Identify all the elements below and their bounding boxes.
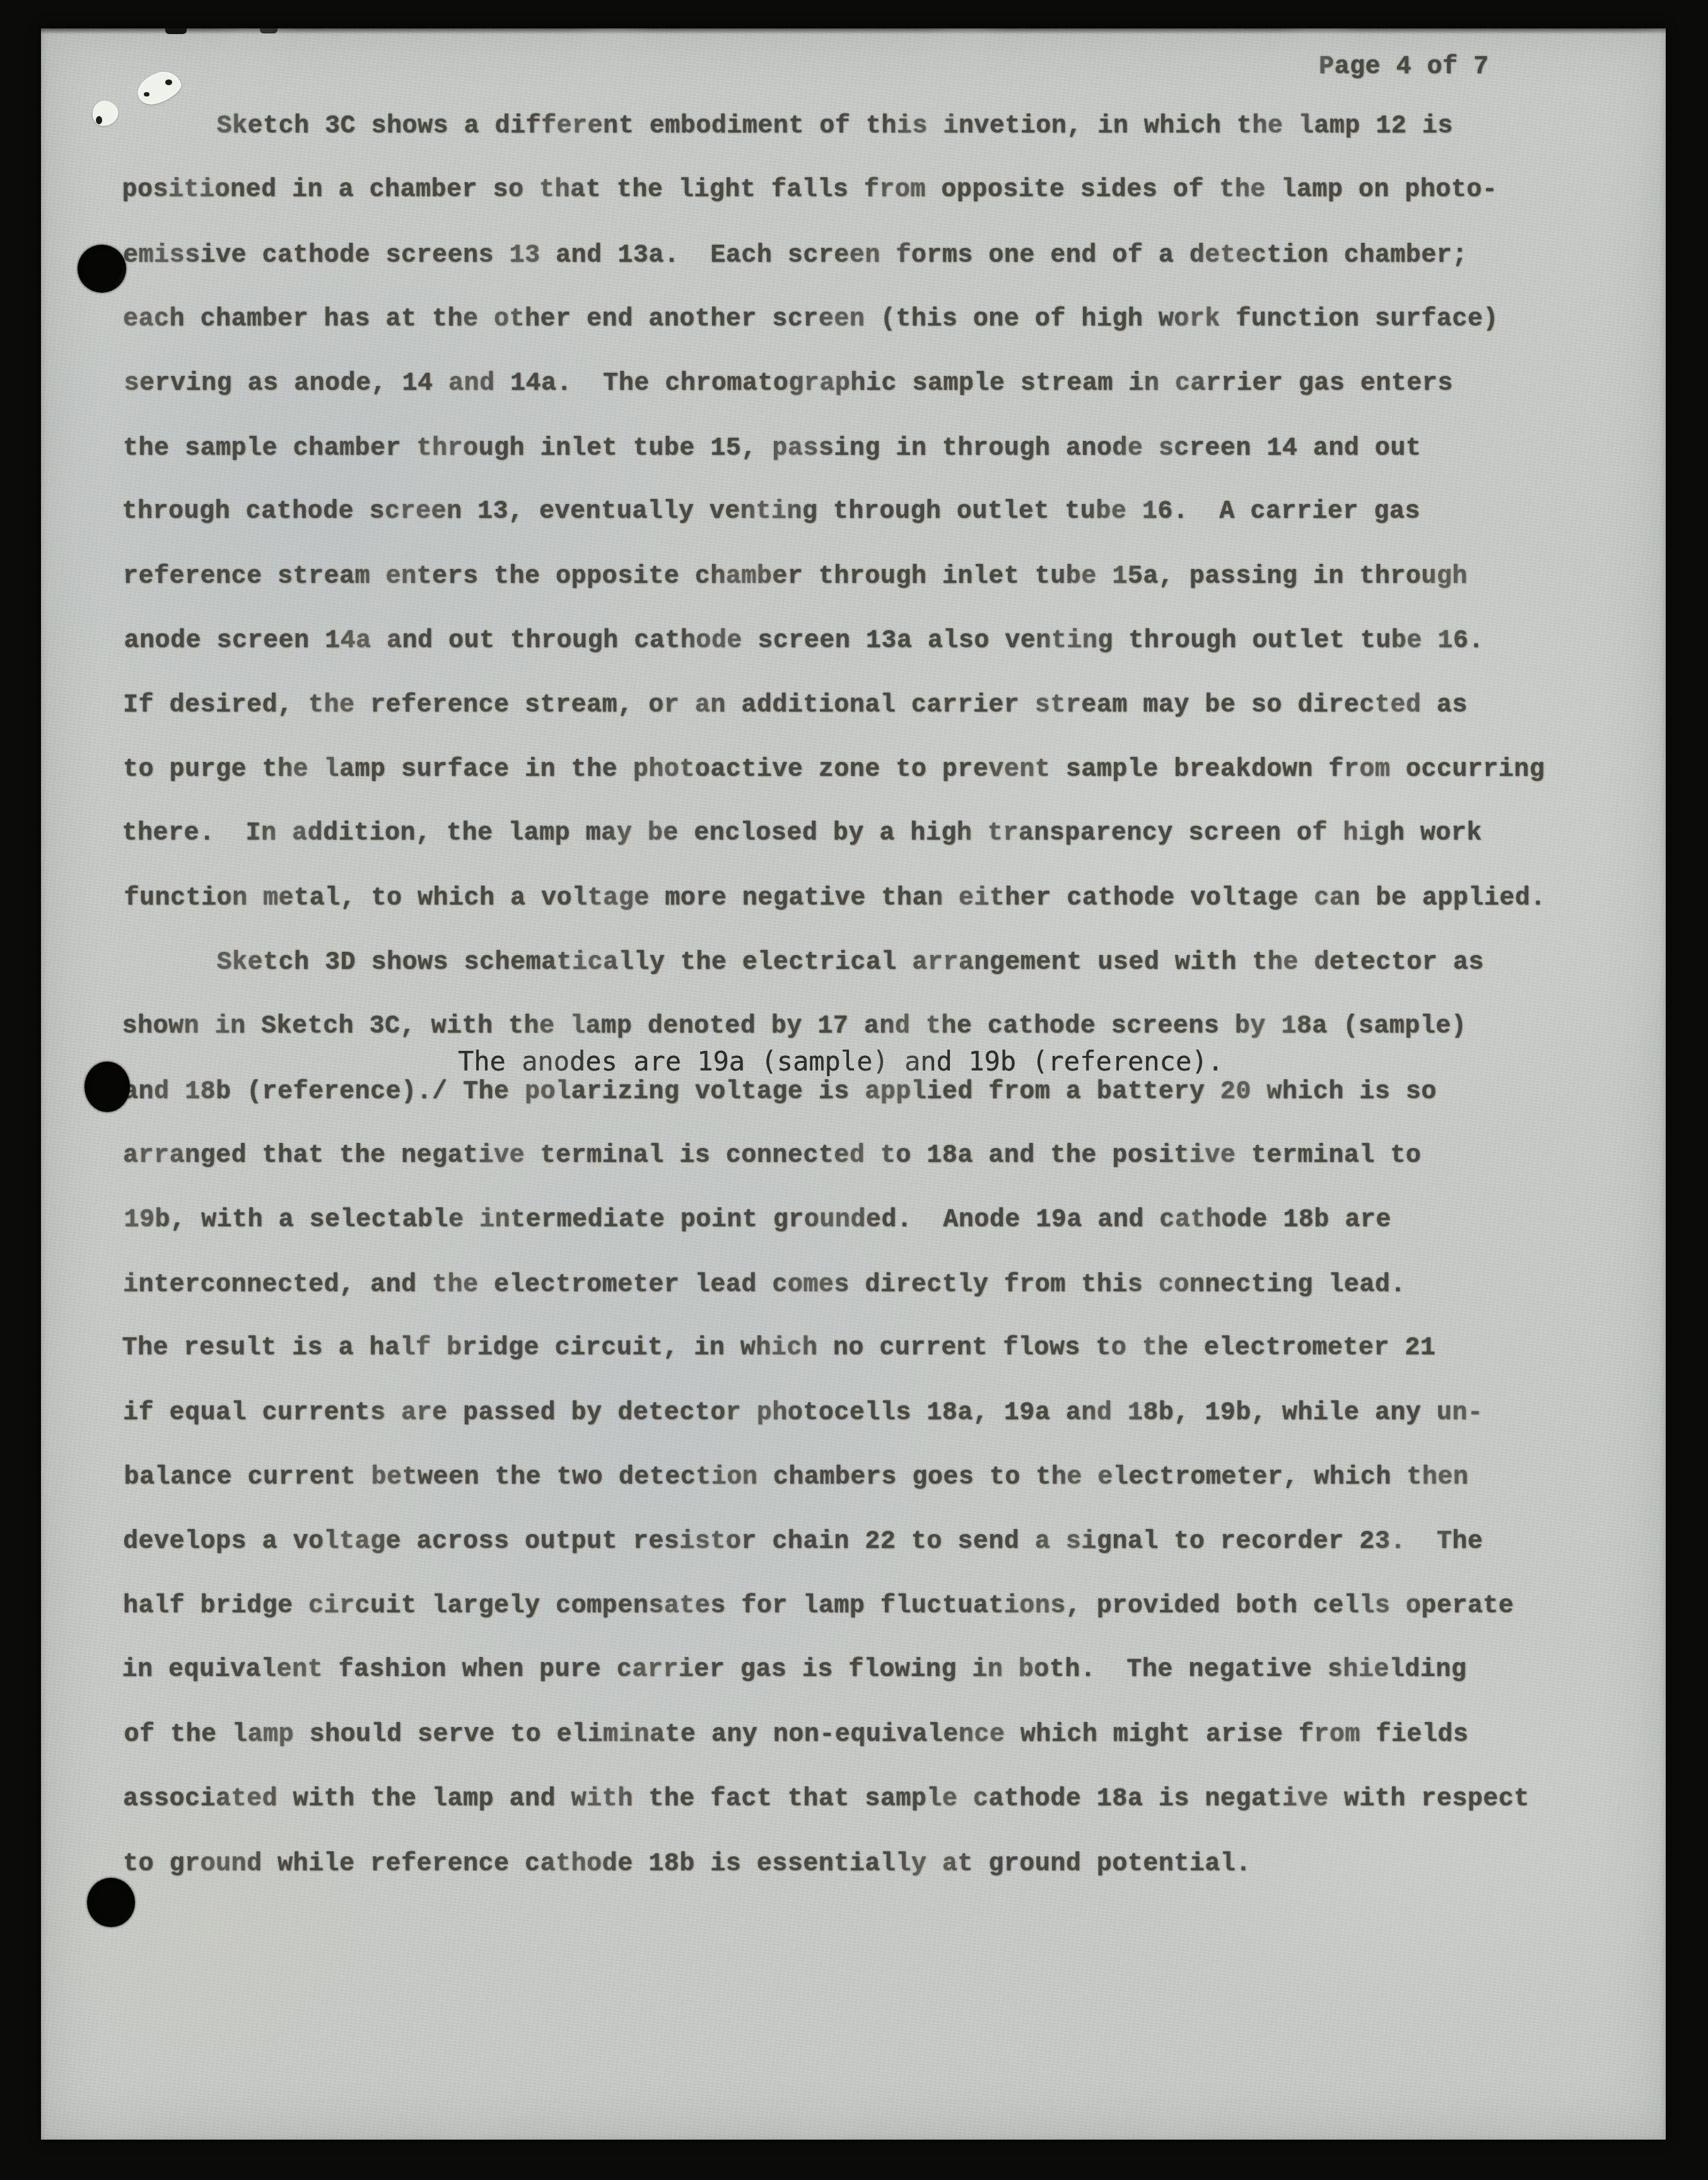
- typed-line: emissive cathode screens 13 and 13a. Eac…: [123, 224, 1545, 288]
- paper-sheet: Page 4 of 7 Sketch 3C shows a different …: [41, 28, 1666, 2140]
- typed-line: anode screen 14a and out through cathode…: [124, 609, 1546, 674]
- typed-line: interconnected, and the electrometer lea…: [123, 1253, 1530, 1318]
- ink-speck: [96, 116, 102, 124]
- typed-line: 19b, with a selectable intermediate poin…: [124, 1188, 1531, 1253]
- hole-punch-bottom: [87, 1878, 135, 1927]
- inserted-annotation: The anodes are 19a (sample) and 19b (ref…: [458, 1047, 1224, 1076]
- ink-speck: [165, 79, 172, 85]
- typed-line: associated with the lamp and with the fa…: [123, 1767, 1530, 1832]
- typed-line: in equivalent fashion when pure carrier …: [122, 1638, 1529, 1702]
- typed-line: of the lamp should serve to eliminate an…: [124, 1703, 1531, 1767]
- typed-line: half bridge circuit largely compensates …: [123, 1574, 1530, 1639]
- typed-line: arranged that the negative terminal is c…: [123, 1124, 1530, 1188]
- typed-line: there. In addition, the lamp may be encl…: [122, 802, 1544, 866]
- paper-tear-mark-2: [91, 99, 120, 128]
- ink-speck: [144, 92, 149, 97]
- typed-line: positioned in a chamber so that the ligh…: [122, 158, 1544, 223]
- typed-line: reference stream enters the opposite cha…: [123, 545, 1545, 609]
- hole-punch-top: [78, 245, 126, 293]
- typed-line: through cathode screen 13, eventually ve…: [122, 480, 1544, 544]
- hole-punch-middle: [85, 1062, 130, 1112]
- typed-line: function metal, to which a voltage more …: [124, 867, 1546, 931]
- typed-line: Sketch 3D shows schematically the electr…: [124, 931, 1531, 995]
- typed-line: if equal currents are passed by detector…: [123, 1381, 1530, 1446]
- typed-line: to ground while reference cathode 18b is…: [123, 1832, 1530, 1897]
- typed-line: balance current between the two detectio…: [124, 1446, 1531, 1510]
- typed-line: develops a voltage across output resisto…: [123, 1510, 1530, 1574]
- typed-line: Sketch 3C shows a different embodiment o…: [124, 95, 1546, 159]
- typed-line: If desired, the reference stream, or an …: [123, 674, 1545, 738]
- typed-line: each chamber has at the other end anothe…: [123, 288, 1545, 352]
- page-number: Page 4 of 7: [1319, 35, 1489, 100]
- typed-paragraph-1: Sketch 3C shows a different embodiment o…: [123, 95, 1545, 931]
- typed-line: serving as anode, 14 and 14a. The chroma…: [124, 352, 1546, 416]
- scan-background: { "page": { "header": "Page 4 of 7", "in…: [0, 0, 1708, 2180]
- typed-line: The result is a half bridge circuit, in …: [122, 1316, 1529, 1381]
- paper-edge-mark: [165, 28, 187, 34]
- paper-edge-mark: [260, 28, 278, 33]
- typed-line: the sample chamber through inlet tube 15…: [123, 417, 1545, 481]
- typed-line: to purge the lamp surface in the photoac…: [123, 738, 1545, 802]
